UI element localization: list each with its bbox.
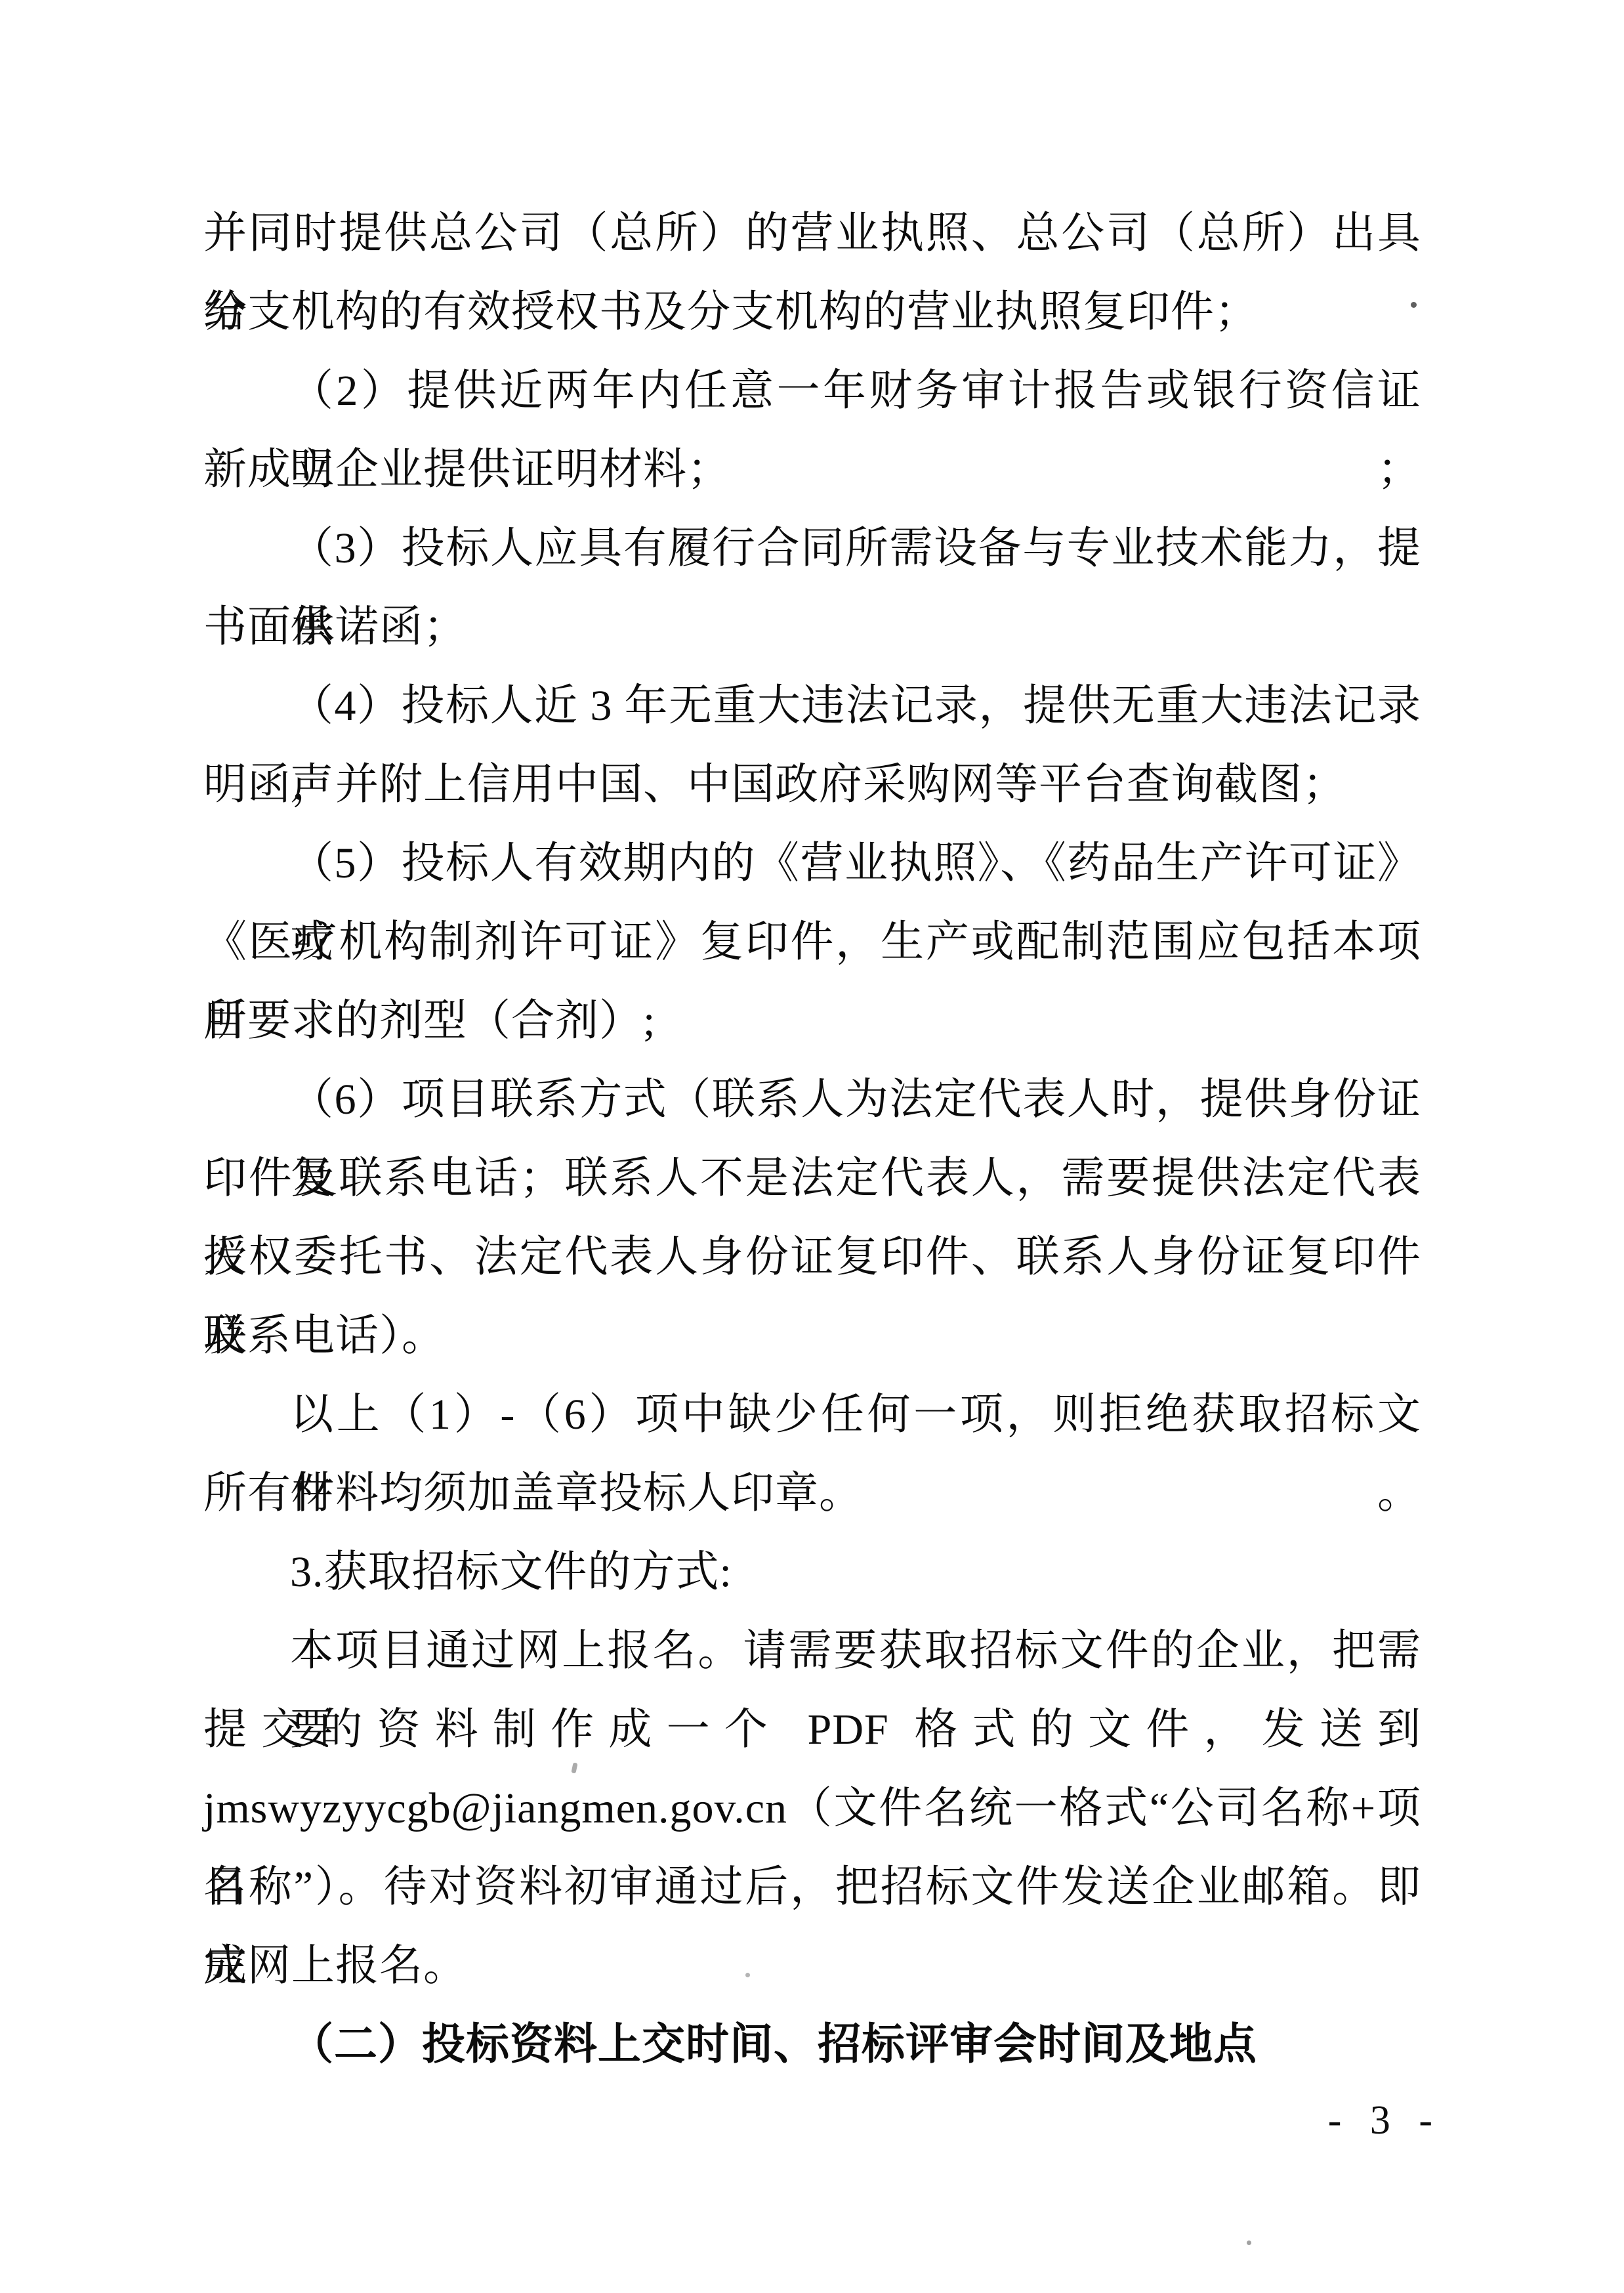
- text-line: 并同时提供总公司（总所）的营业执照、总公司（总所）出具给: [203, 194, 1421, 273]
- text-line: 以上（1）-（6）项中缺少任何一项，则拒绝获取招标文件。: [203, 1376, 1421, 1454]
- page-number: - 3 -: [1328, 2097, 1442, 2143]
- scan-speck: [1411, 302, 1417, 308]
- document-body: 并同时提供总公司（总所）的营业执照、总公司（总所）出具给分支机构的有效授权书及分…: [203, 194, 1421, 2084]
- text-line: 本项目通过网上报名。请需要获取招标文件的企业，把需要: [203, 1612, 1421, 1691]
- text-line: （3）投标人应具有履行合同所需设备与专业技术能力，提供: [203, 509, 1421, 588]
- document-page: 并同时提供总公司（总所）的营业执照、总公司（总所）出具给分支机构的有效授权书及分…: [0, 0, 1624, 2293]
- text-line: （5）投标人有效期内的《营业执照》、《药品生产许可证》或: [203, 824, 1421, 903]
- text-line: 名称”）。待对资料初审通过后，把招标文件发送企业邮箱。即完: [203, 1848, 1421, 1927]
- text-line: 书面承诺函；: [203, 588, 1421, 667]
- text-line: jmswyzyycgb@jiangmen.gov.cn（文件名统一格式“公司名称…: [203, 1769, 1421, 1848]
- text-line: （6）项目联系方式（联系人为法定代表人时，提供身份证复: [203, 1061, 1421, 1139]
- text-line: （二）投标资料上交时间、招标评审会时间及地点: [203, 2006, 1421, 2084]
- text-line: 授权委托书、法定代表人身份证复印件、联系人身份证复印件及: [203, 1218, 1421, 1297]
- text-line: 3.获取招标文件的方式:: [203, 1533, 1421, 1612]
- text-line: 印件及联系电话；联系人不是法定代表人，需要提供法定代表人: [203, 1139, 1421, 1218]
- text-line: 成网上报名。: [203, 1927, 1421, 2006]
- text-line: 明函，并附上信用中国、中国政府采购网等平台查询截图；: [203, 746, 1421, 824]
- text-line: （4）投标人近 3 年无重大违法记录，提供无重大违法记录声: [203, 667, 1421, 746]
- text-line: 《医疗机构制剂许可证》复印件，生产或配制范围应包括本项目: [203, 903, 1421, 982]
- text-line: 分支机构的有效授权书及分支机构的营业执照复印件；: [203, 273, 1421, 352]
- text-line: 提交的资料制作成一个 PDF 格式的文件，发送到: [203, 1691, 1421, 1769]
- text-line: （2）提供近两年内任意一年财务审计报告或银行资信证明；: [203, 352, 1421, 431]
- scan-speck: [1247, 2240, 1251, 2245]
- text-line: 所要求的剂型（合剂）;: [203, 982, 1421, 1061]
- text-line: 联系电话）。: [203, 1297, 1421, 1376]
- scan-speck: [745, 1973, 750, 1977]
